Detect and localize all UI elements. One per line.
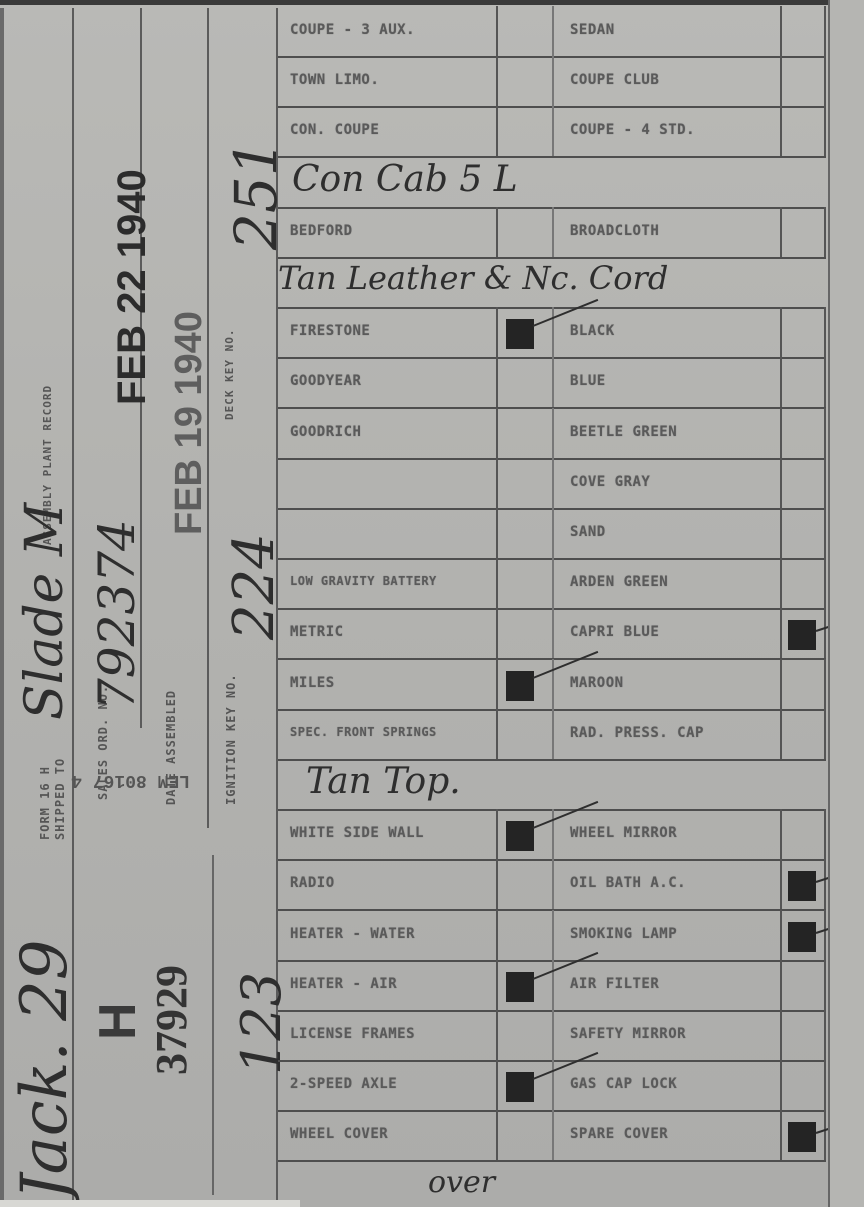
cell-right: AIR FILTER — [556, 960, 782, 1010]
option-label: CON. COUPE — [290, 122, 379, 138]
check-cell-left[interactable] — [498, 558, 554, 608]
cell-left: GOODYEAR — [278, 357, 498, 407]
option-label: HEATER - AIR — [290, 976, 397, 992]
check-mark-left — [506, 1072, 534, 1102]
check-cell-right[interactable] — [782, 307, 826, 357]
option-row: HEATER - AIRAIR FILTER — [278, 960, 826, 1012]
option-label: SAND — [570, 524, 606, 540]
check-cell-left[interactable] — [498, 106, 554, 156]
plant-code: H — [88, 1002, 148, 1040]
option-label: GOODYEAR — [290, 373, 361, 389]
card-right-edge — [828, 0, 864, 1207]
option-label: WHEEL MIRROR — [570, 825, 677, 841]
option-label: FIRESTONE — [290, 323, 370, 339]
check-cell-left[interactable] — [498, 357, 554, 407]
serial-stamp: 37929 — [146, 965, 197, 1075]
check-mark-left — [506, 821, 534, 851]
check-cell-left[interactable] — [498, 408, 554, 458]
cell-left: CON. COUPE — [278, 106, 498, 156]
option-label: WHITE SIDE WALL — [290, 825, 424, 841]
option-row: WHEEL COVERSPARE COVER — [278, 1110, 826, 1162]
option-row: CON. COUPECOUPE - 4 STD. — [278, 106, 826, 158]
left-edge — [0, 8, 4, 1203]
option-label: HEATER - WATER — [290, 926, 415, 942]
date-out-stamp: FEB 22 1940 — [110, 169, 155, 405]
handwritten-entry: Con Cab 5 L — [292, 159, 518, 200]
cell-left: LICENSE FRAMES — [278, 1010, 498, 1060]
option-label: GAS CAP LOCK — [570, 1076, 677, 1092]
cell-right: GAS CAP LOCK — [556, 1060, 782, 1110]
option-label: 2-SPEED AXLE — [290, 1076, 397, 1092]
cell-left: LOW GRAVITY BATTERY — [278, 558, 498, 608]
cell-right: BROADCLOTH — [556, 207, 782, 257]
cell-right: SAND — [556, 508, 782, 558]
option-label: BLACK — [570, 323, 615, 339]
cell-right: BEETLE GREEN — [556, 408, 782, 458]
cell-left: WHITE SIDE WALL — [278, 809, 498, 859]
option-label: ARDEN GREEN — [570, 574, 668, 590]
check-cell-right[interactable] — [782, 1010, 826, 1060]
option-row: COUPE - 3 AUX.SEDAN — [278, 6, 826, 58]
ignition-key-label: IGNITION KEY NO. — [224, 673, 239, 805]
cell-right: ARDEN GREEN — [556, 558, 782, 608]
option-label: RADIO — [290, 875, 335, 891]
check-mark-right — [788, 922, 816, 952]
option-label: BEETLE GREEN — [570, 424, 677, 440]
cell-left — [278, 508, 498, 558]
option-row: MILESMAROON — [278, 659, 826, 711]
cell-left: MILES — [278, 659, 498, 709]
option-row: BEDFORDBROADCLOTH — [278, 207, 826, 259]
cell-right: BLUE — [556, 357, 782, 407]
cell-left: BEDFORD — [278, 207, 498, 257]
cell-left: FIRESTONE — [278, 307, 498, 357]
option-row: GOODYEARBLUE — [278, 357, 826, 409]
handwritten-bottom: Jack. 29 — [8, 939, 82, 1200]
cell-right: RAD. PRESS. CAP — [556, 709, 782, 759]
option-row: METRICCAPRI BLUE — [278, 608, 826, 660]
handwritten-entry: Tan Leather & Nc. Cord — [278, 259, 668, 297]
check-mark-right — [788, 620, 816, 650]
check-mark-right — [788, 1122, 816, 1152]
handwritten-row: Tan Leather & Nc. Cord — [278, 257, 826, 309]
option-label: BROADCLOTH — [570, 223, 659, 239]
option-row: SAND — [278, 508, 826, 560]
option-row: LICENSE FRAMESSAFETY MIRROR — [278, 1010, 826, 1062]
check-cell-right[interactable] — [782, 56, 826, 106]
check-cell-left[interactable] — [498, 6, 554, 56]
check-cell-left[interactable] — [498, 458, 554, 508]
handwritten-row: Tan Top. — [278, 759, 826, 811]
check-mark-left — [506, 671, 534, 701]
check-cell-right[interactable] — [782, 6, 826, 56]
option-label: WHEEL COVER — [290, 1126, 388, 1142]
check-cell-right[interactable] — [782, 207, 826, 257]
handwritten-footer: over — [428, 1165, 495, 1200]
check-cell-left[interactable] — [498, 207, 554, 257]
card-bottom-edge — [0, 1200, 300, 1207]
option-label: SAFETY MIRROR — [570, 1026, 686, 1042]
option-label: SEDAN — [570, 22, 615, 38]
cell-left: RADIO — [278, 859, 498, 909]
option-label: LOW GRAVITY BATTERY — [290, 574, 437, 588]
cell-left: COUPE - 3 AUX. — [278, 6, 498, 56]
cell-right: CAPRI BLUE — [556, 608, 782, 658]
cell-right: OIL BATH A.C. — [556, 859, 782, 909]
option-label: AIR FILTER — [570, 976, 659, 992]
cell-left: GOODRICH — [278, 408, 498, 458]
cell-right: BLACK — [556, 307, 782, 357]
cell-right: MAROON — [556, 659, 782, 709]
check-cell-right[interactable] — [782, 709, 826, 759]
option-row: LOW GRAVITY BATTERYARDEN GREEN — [278, 558, 826, 610]
option-row: WHITE SIDE WALLWHEEL MIRROR — [278, 809, 826, 861]
card-top-edge — [0, 0, 864, 5]
check-cell-left[interactable] — [498, 56, 554, 106]
handwritten-row: Con Cab 5 L — [278, 157, 826, 209]
check-cell-left[interactable] — [498, 859, 554, 909]
left-rule-3b — [212, 855, 214, 1195]
option-label: BLUE — [570, 373, 606, 389]
check-cell-right[interactable] — [782, 458, 826, 508]
assembly-plant-record-card: FORM 16 H SHIPPED TO ASSEMBLY PLANT RECO… — [0, 0, 864, 1207]
upside-down-stamp: LEM 80167 4 — [71, 770, 190, 790]
cell-left: HEATER - WATER — [278, 910, 498, 960]
cell-right: WHEEL MIRROR — [556, 809, 782, 859]
option-label: METRIC — [290, 624, 344, 640]
option-label: MAROON — [570, 675, 624, 691]
check-mark-right — [788, 871, 816, 901]
option-row: GOODRICHBEETLE GREEN — [278, 408, 826, 460]
check-cell-right[interactable] — [782, 659, 826, 709]
cell-left: METRIC — [278, 608, 498, 658]
option-label: LICENSE FRAMES — [290, 1026, 415, 1042]
check-cell-left[interactable] — [498, 1110, 554, 1160]
option-label: RAD. PRESS. CAP — [570, 725, 704, 741]
check-cell-right[interactable] — [782, 1060, 826, 1110]
sales-ord-value: 792374 — [88, 519, 146, 710]
check-cell-left[interactable] — [498, 1010, 554, 1060]
cell-left — [278, 458, 498, 508]
option-label: COUPE CLUB — [570, 72, 659, 88]
check-cell-right[interactable] — [782, 809, 826, 859]
option-label: BEDFORD — [290, 223, 353, 239]
check-cell-right[interactable] — [782, 508, 826, 558]
cell-right: SMOKING LAMP — [556, 910, 782, 960]
shipped-to-value: Slade M — [15, 503, 75, 720]
form-label: FORM 16 H SHIPPED TO — [38, 758, 68, 840]
cell-right: SAFETY MIRROR — [556, 1010, 782, 1060]
option-label: SPARE COVER — [570, 1126, 668, 1142]
option-label: COVE GRAY — [570, 474, 650, 490]
option-label: MILES — [290, 675, 335, 691]
cell-left: SPEC. FRONT SPRINGS — [278, 709, 498, 759]
check-cell-right[interactable] — [782, 558, 826, 608]
option-label: TOWN LIMO. — [290, 72, 379, 88]
cell-left: WHEEL COVER — [278, 1110, 498, 1160]
option-row: RADIOOIL BATH A.C. — [278, 859, 826, 911]
check-mark-left — [506, 972, 534, 1002]
check-cell-right[interactable] — [782, 357, 826, 407]
check-cell-left[interactable] — [498, 910, 554, 960]
date-assembled-stamp: FEB 19 1940 — [168, 311, 211, 535]
check-cell-right[interactable] — [782, 408, 826, 458]
check-cell-right[interactable] — [782, 106, 826, 156]
cell-left: TOWN LIMO. — [278, 56, 498, 106]
cell-right: SPARE COVER — [556, 1110, 782, 1160]
option-label: OIL BATH A.C. — [570, 875, 686, 891]
option-label: SMOKING LAMP — [570, 926, 677, 942]
option-row: FIRESTONEBLACK — [278, 307, 826, 359]
option-label: COUPE - 3 AUX. — [290, 22, 415, 38]
cell-left: 2-SPEED AXLE — [278, 1060, 498, 1110]
check-cell-right[interactable] — [782, 960, 826, 1010]
check-cell-left[interactable] — [498, 608, 554, 658]
cell-right: SEDAN — [556, 6, 782, 56]
cell-right: COUPE - 4 STD. — [556, 106, 782, 156]
option-label: COUPE - 4 STD. — [570, 122, 695, 138]
option-row: HEATER - WATERSMOKING LAMP — [278, 910, 826, 962]
option-row: 2-SPEED AXLEGAS CAP LOCK — [278, 1060, 826, 1112]
check-mark-left — [506, 319, 534, 349]
check-cell-left[interactable] — [498, 508, 554, 558]
option-row: TOWN LIMO.COUPE CLUB — [278, 56, 826, 108]
option-label: CAPRI BLUE — [570, 624, 659, 640]
deck-key-label: DECK KEY NO. — [222, 329, 237, 420]
option-label: SPEC. FRONT SPRINGS — [290, 725, 437, 739]
option-row: SPEC. FRONT SPRINGSRAD. PRESS. CAP — [278, 709, 826, 761]
cell-left: HEATER - AIR — [278, 960, 498, 1010]
cell-right: COUPE CLUB — [556, 56, 782, 106]
option-row: COVE GRAY — [278, 458, 826, 510]
option-label: GOODRICH — [290, 424, 361, 440]
cell-right: COVE GRAY — [556, 458, 782, 508]
check-cell-left[interactable] — [498, 709, 554, 759]
handwritten-entry: Tan Top. — [306, 761, 461, 802]
